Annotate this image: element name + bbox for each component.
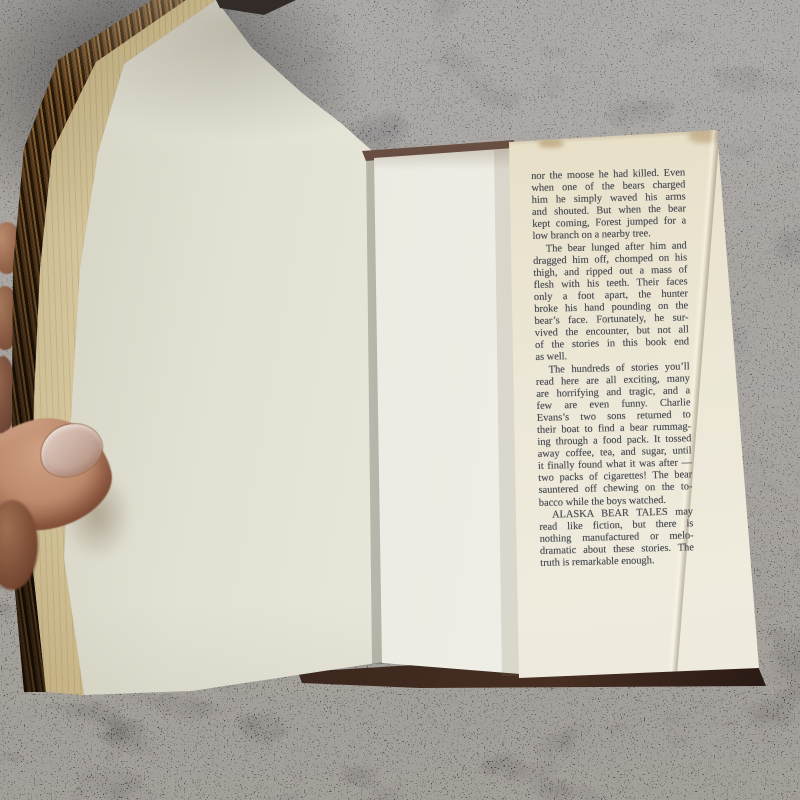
photo-open-book: nor the moose he had killed. Evenwhen on…: [0, 0, 800, 800]
flap-stain: [538, 139, 564, 148]
flap-text-line: truth is remarkable enough.: [540, 554, 694, 570]
flap-text: nor the moose he had killed. Evenwhen on…: [531, 167, 694, 570]
